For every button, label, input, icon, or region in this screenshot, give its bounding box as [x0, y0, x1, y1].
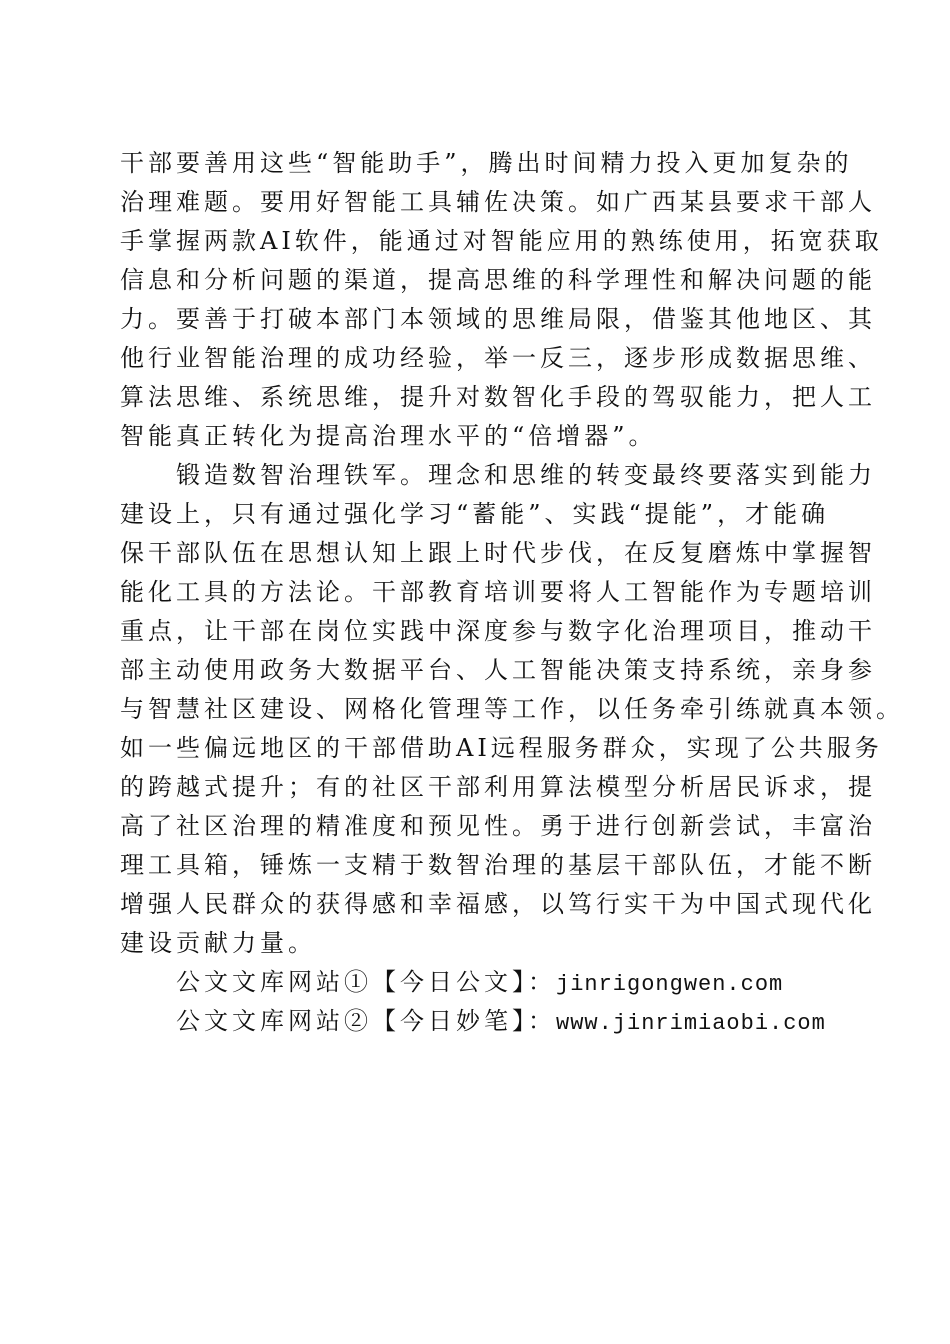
- text-line: 保干部队伍在思想认知上跟上时代步伐，在反复磨炼中掌握智: [120, 534, 880, 573]
- footer-link-2: 公文文库网站②【今日妙笔】：www.jinrimiaobi.com: [120, 1002, 880, 1041]
- text-line: 建设上，只有通过强化学习“蓄能”、实践“提能”，才能确: [120, 495, 880, 534]
- text-line: 的跨越式提升；有的社区干部利用算法模型分析居民诉求，提: [120, 768, 880, 807]
- document-body: 干部要善用这些“智能助手”，腾出时间精力投入更加复杂的 治理难题。要用好智能工具…: [120, 144, 880, 1041]
- text-line: 他行业智能治理的成功经验，举一反三，逐步形成数据思维、: [120, 339, 880, 378]
- text-line: 信息和分析问题的渠道，提高思维的科学理性和解决问题的能: [120, 261, 880, 300]
- text-line: 建设贡献力量。: [120, 924, 880, 963]
- text-line: 高了社区治理的精准度和预见性。勇于进行创新尝试，丰富治: [120, 807, 880, 846]
- text-line: 算法思维、系统思维，提升对数智化手段的驾驭能力，把人工: [120, 378, 880, 417]
- text-line: 如一些偏远地区的干部借助AI远程服务群众，实现了公共服务: [120, 729, 880, 768]
- footer-link-label: 公文文库网站①【今日公文】：: [176, 968, 556, 996]
- text-line: 干部要善用这些“智能助手”，腾出时间精力投入更加复杂的: [120, 144, 880, 183]
- text-line: 能化工具的方法论。干部教育培训要将人工智能作为专题培训: [120, 573, 880, 612]
- footer-link-1: 公文文库网站①【今日公文】：jinrigongwen.com: [120, 963, 880, 1002]
- footer-link-url[interactable]: jinrigongwen.com: [556, 972, 783, 997]
- paragraph-2: 锻造数智治理铁军。理念和思维的转变最终要落实到能力 建设上，只有通过强化学习“蓄…: [120, 456, 880, 963]
- footer-link-url[interactable]: www.jinrimiaobi.com: [556, 1011, 826, 1036]
- text-line: 与智慧社区建设、网格化管理等工作，以任务牵引练就真本领。: [120, 690, 880, 729]
- text-line: 手掌握两款AI软件，能通过对智能应用的熟练使用，拓宽获取: [120, 222, 880, 261]
- footer-link-label: 公文文库网站②【今日妙笔】：: [176, 1007, 556, 1035]
- text-line: 治理难题。要用好智能工具辅佐决策。如广西某县要求干部人: [120, 183, 880, 222]
- text-line: 部主动使用政务大数据平台、人工智能决策支持系统，亲身参: [120, 651, 880, 690]
- text-line: 理工具箱，锤炼一支精于数智治理的基层干部队伍，才能不断: [120, 846, 880, 885]
- text-line: 力。要善于打破本部门本领域的思维局限，借鉴其他地区、其: [120, 300, 880, 339]
- text-line: 智能真正转化为提高治理水平的“倍增器”。: [120, 417, 880, 456]
- document-page: 干部要善用这些“智能助手”，腾出时间精力投入更加复杂的 治理难题。要用好智能工具…: [0, 0, 950, 1344]
- text-line: 增强人民群众的获得感和幸福感，以笃行实干为中国式现代化: [120, 885, 880, 924]
- text-line: 重点，让干部在岗位实践中深度参与数字化治理项目，推动干: [120, 612, 880, 651]
- footer-links: 公文文库网站①【今日公文】：jinrigongwen.com 公文文库网站②【今…: [120, 963, 880, 1041]
- text-line: 锻造数智治理铁军。理念和思维的转变最终要落实到能力: [120, 456, 880, 495]
- paragraph-1: 干部要善用这些“智能助手”，腾出时间精力投入更加复杂的 治理难题。要用好智能工具…: [120, 144, 880, 456]
